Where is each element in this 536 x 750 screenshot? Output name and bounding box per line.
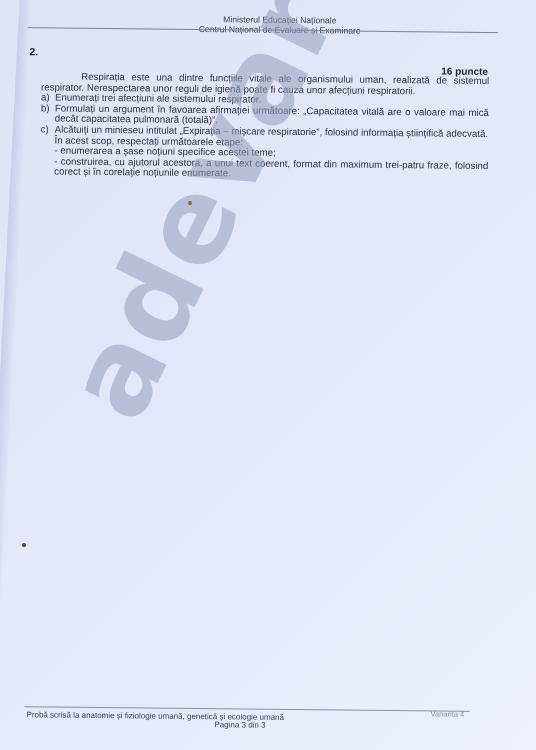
page-header: Ministerul Educației Naționale Centrul N…: [170, 14, 390, 36]
paper-speck: [22, 543, 26, 547]
footer-page-number: Pagina 3 din 3: [214, 720, 265, 730]
question-body: Respirația este una dintre funcțiile vit…: [40, 72, 489, 183]
paper-speck: [188, 201, 192, 205]
item-label: b): [41, 104, 55, 125]
exam-page: Ministerul Educației Naționale Centrul N…: [2, 0, 536, 750]
question-number: 2.: [29, 46, 38, 58]
step-item: - construirea, cu ajutorul acestora, a u…: [54, 157, 488, 183]
item-label: c): [41, 125, 55, 136]
footer-variant: Varianta 4: [430, 709, 464, 718]
